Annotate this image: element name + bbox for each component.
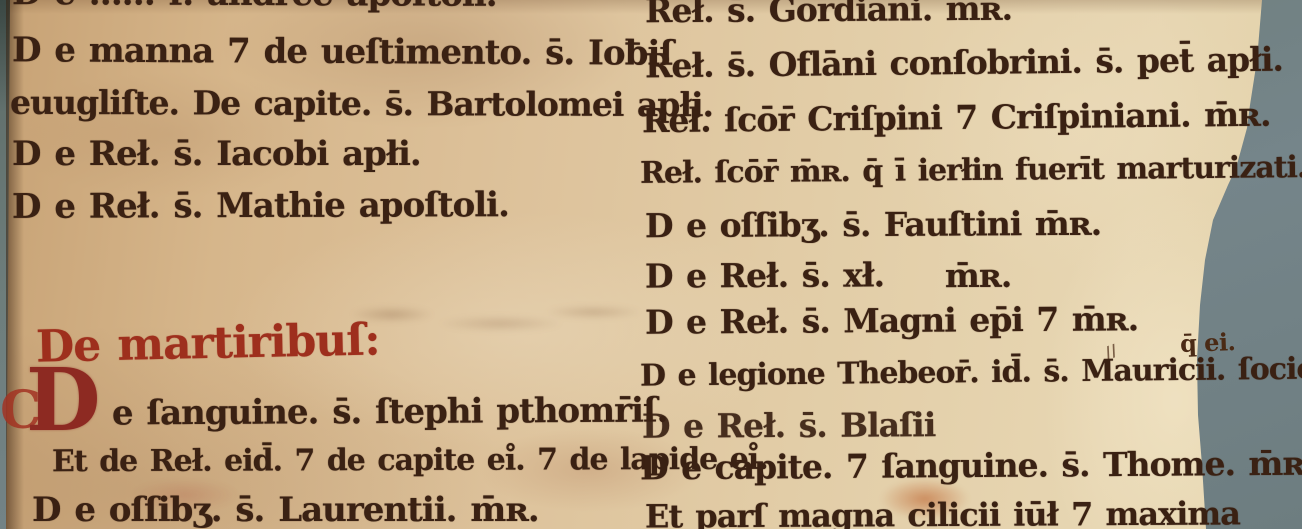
- text-line-right-5b: m̄ʀ.: [945, 258, 1012, 295]
- text-line-right-1: Reł. s̄. Oflāni conſobrini. s̄. pet̄ apł…: [645, 42, 1283, 85]
- parchment-left-edge-shadow: [6, 0, 24, 529]
- text-line-right-3: Reł. ſcōr̄ m̄ʀ. q̄ ī ierłin fuerīt mart…: [640, 151, 1302, 190]
- text-line-right-9: D e capite. 7 ſanguine. s̄. Thome. m̄ʀ.: [640, 446, 1302, 487]
- text-line-right-8: D e Reł. s̄. Blaſii: [642, 407, 936, 445]
- text-line-left-5: e ſanguine. s̄. ſtephi pthomr̄iſ.: [112, 393, 668, 433]
- text-line-right-4: D e oſſibʒ. s̄. Fauſtini m̄ʀ.: [645, 206, 1101, 245]
- illuminated-initial-d: D: [26, 362, 101, 439]
- text-line-left-7: D e oſſibʒ. s̄. Laurentii. m̄ʀ.: [32, 492, 539, 529]
- text-line-left-2: euugliſte. De capite. s̄. Bartolomei apł…: [10, 85, 713, 124]
- text-line-right-2: Reł. ſcōr̄ Criſpini 7 Criſpiniani. m̄ʀ.: [642, 97, 1271, 140]
- text-line-right-7: D e legione Thebeor̄. id̄. s̄. Mauricii.…: [640, 352, 1302, 392]
- text-line-left-1: D e manna 7 de ueſtimento. s̄. Ioƀiſ: [12, 32, 673, 73]
- text-line-right-10: Et parſ magna cilicii iūł 7 maxima: [645, 496, 1240, 529]
- text-line-left-4: D e Reł. s̄. Mathie apoſtoli.: [12, 187, 509, 226]
- text-line-left-3: D e Reł. s̄. Iacobi apłi.: [12, 136, 421, 173]
- text-line-right-5: D e Reł. s̄. xł.: [645, 257, 884, 295]
- text-line-right-0: Reł. s̄. Gordiani. m̄ʀ.: [645, 0, 1012, 30]
- text-line-right-6: D e Reł. s̄. Magni ep̄i 7 m̄ʀ.: [645, 301, 1138, 341]
- text-line-left-0: D e …… ſ. andree apoſtoli.: [12, 0, 497, 14]
- manuscript-photo: D e …… ſ. andree apoſtoli. D e manna 7 d…: [0, 0, 1302, 529]
